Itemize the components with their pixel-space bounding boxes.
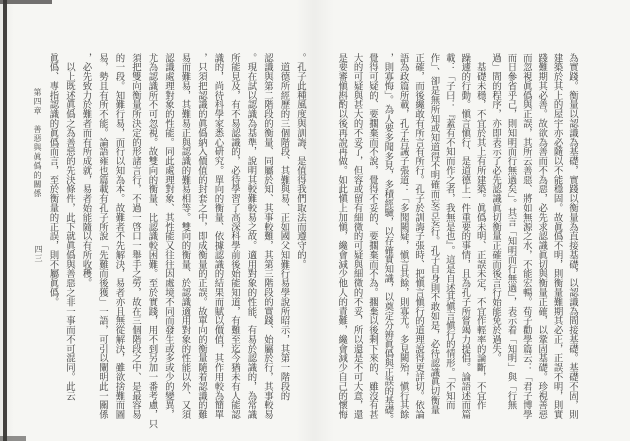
text-column: 認識處理對象的性能。同此處理對象、其性能又往往因處境不同而發生或多或少的變異， (160, 53, 177, 435)
text-column: 的一段。知難行易，而行以知為本。故難者不先解決，易者亦且無從解決，雖欲捨難而圖 (110, 53, 127, 435)
text-column: ，則寡悔」。為人要多聞多見，多積經驗，以存確實知識，以奠定分辨眞僞與正誤的基礎。 (379, 53, 394, 435)
text-column: 易，勢且有所不能。論語雍也篇載有孔子所說「先難而後獲」一語，可引以闡明此一關係 (94, 53, 111, 435)
text-column: 載：「子曰：『蓋有不知而作之者，我無是也』。這是自述其愼言愼行的情形。「不知而 (440, 53, 455, 435)
text-column: 建築於其上的屋宇亦必隨以不能穩固。故眞僞不明，則衡量難期其必正，正誤不明，則實 (548, 53, 563, 435)
left-text-block: 。孔子此種風度與訓誨、是值得我們取法而遵守的。 道德所經歷的三個階段、其難與易、… (44, 53, 308, 435)
text-column: 識的，尚待科學家悉心研究。單向的衡量、依據認識的結果而賦以價值，其作用較為簡單 (209, 53, 226, 435)
text-column: 而忽視眞僞與正誤，其所云善惡、將如無源之水，不能宏暢。荀子勸學篇云：「君子博學 (517, 53, 532, 435)
text-column: 覺得可疑的、要擱棄而不說，覺得不妥的、要擱棄而不為。擱棄以後剩下來的、雖沒有甚 (364, 53, 379, 435)
text-column: 是要審愼斟酌以後再說再做。如此愼上加愼，纔會減少他人的責難，纔會減少自己的懷悔 (333, 53, 348, 435)
text-column: 正確，而後纔敢有所言有所行。孔子於訓誨子張時、把愼言愼行的道理說得更詳切。依論 (410, 53, 425, 435)
text-column: 道德所經歷的三個階段、其難與易、正如國父知難行易學說所昭示，其第一階段的 (275, 53, 292, 435)
text-column: 易而難易，其難易正與認識的難易相等。雙向的衡量、於認識適用對象的性能以外、又須 (176, 53, 193, 435)
left-running-head: 第四章 善惡與眞僞的關係 (32, 88, 43, 198)
text-column: 躁遽的行動。愼言愼行、是道德上一件重要的事情，且為孔子所嘗竭力提倡。論語述而篇 (456, 53, 471, 435)
text-column: 。孔子此種風度與訓誨、是值得我們取法而遵守的。 (292, 53, 309, 435)
text-column: 作」、卻是無所知或知道得不明確而妄言妄行。孔子自身則不敢如是，必待認識眞切衡量 (425, 53, 440, 435)
text-column: 而日參省乎己，則知明而行無過矣」。其言「知明而行無過」，表示着「知明」與「行無 (502, 53, 517, 435)
text-column: 為實踐。衡量以認識為基礎，實踐以衡量為直接基礎，以認識為間接基礎。基礎不固，則 (564, 53, 579, 435)
text-column: 眞僞、專指認識的眞僞而言，至於衡量的正誤，則不屬眞僞。 (44, 53, 61, 435)
text-column: 以上既述眞僞之為善惡的先決條件，此下就眞僞與善惡之非一事而不可混同。此云 (61, 53, 78, 435)
text-column: ，必先致力於難者而有所成就，易者始能隨以有所收穫。 (77, 53, 94, 435)
book-spread: 平凡的道德觀 四二 為實踐。衡量以認識為基礎，實踐以衡量為直接基礎，以認識為間接… (0, 0, 630, 441)
text-column: ，只須把認識的眞僞納入價值的封套之中，即成衡量的正誤。故單向的衡量隨着認識的難 (193, 53, 210, 435)
left-page-number: 四三 (33, 245, 44, 263)
text-column: 認識與第二階段的衡量、同屬於知、其事較難，其第三階段的實踐、始屬於行，其事較易 (259, 53, 276, 435)
text-column: 大的可疑與甚大的不妥了，但容或留有細微的可疑與細微的不妥，所以還是不可大意，還 (348, 53, 363, 435)
text-column: 語為政篇所載，孔子告誡子張道：「多聞闕疑，愼言其餘，則寡尤。多見闕殆，愼行其餘 (394, 53, 409, 435)
text-column: 基礎未穩，不宜於其上有所建築。眞僞未明、正誤未定，不宜作輕率的論斷，不宜作 (471, 53, 486, 435)
text-column: 踐難期其必善。故欲為善而不為惡，必先求認識眞切與衡量正確，以鞏固基礎。珍視善惡 (533, 53, 548, 435)
text-column: 尤為認識所不可忽視。故雙向的衡量、比認識較困難。至於實踐，用不到另加一番考慮，只 (143, 53, 160, 435)
text-column: 。現在試以認識為基準，說明其較難較易之故。適用對象的性能、有易於認識的，為常識 (242, 53, 259, 435)
right-text-block: 為實踐。衡量以認識為基礎，實踐以衡量為直接基礎，以認識為間接基礎。基礎不固，則 … (333, 53, 579, 435)
text-column: 過」間的程序，亦即表示了必先認識眞切衡量正確而後言行始能免於過失。 (487, 53, 502, 435)
text-column: 須把雙向衡量所決定的形諸言行，不過一啓口一舉手之勞，故在三個階段之中、是最容易 (127, 53, 144, 435)
text-column: 所能見及，有不易認識的，必待學習了高深科學前後始能知道，有難至迄今猶未有人能認 (226, 53, 243, 435)
